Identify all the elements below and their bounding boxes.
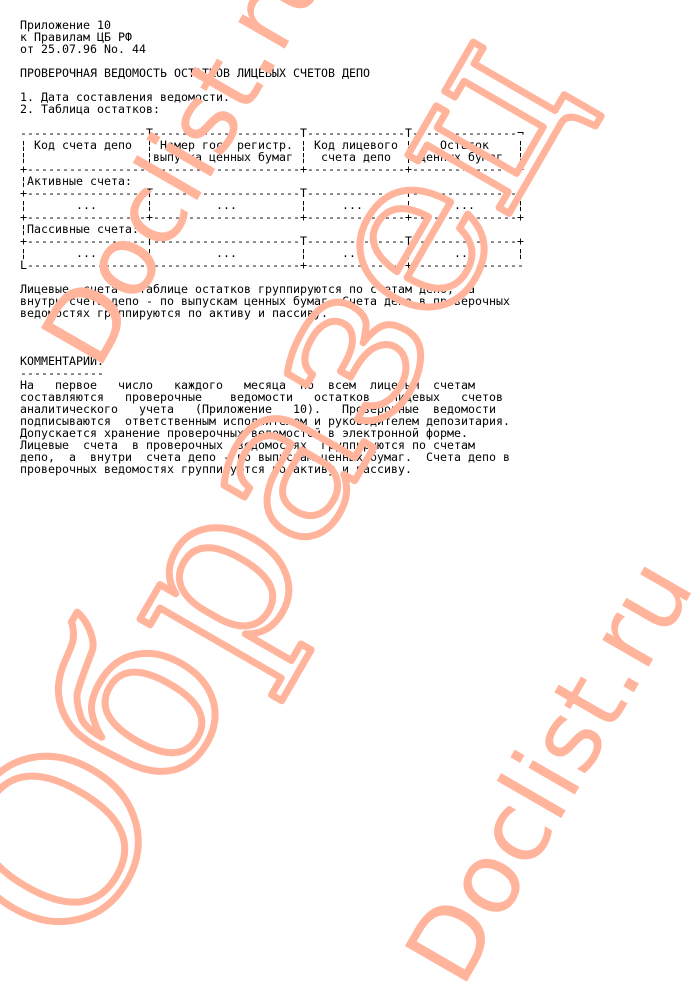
header-line-3: от 25.07.96 No. 44 [20, 43, 700, 55]
watermark-site-bottom: Doclist.ru [384, 541, 700, 1000]
comment-line-8: проверочных ведомостях группируются по а… [20, 463, 700, 475]
document-page: Приложение 10к Правилам ЦБ РФот 25.07.96… [20, 19, 700, 475]
comments-heading: КОММЕНТАРИИ: [20, 355, 700, 367]
document-body: Приложение 10к Правилам ЦБ РФот 25.07.96… [20, 19, 700, 475]
balances-table: ------------------T---------------------… [20, 127, 700, 271]
spacer [20, 319, 700, 355]
list-item-2: 2. Таблица остатков: [20, 103, 700, 115]
svg-text:Doclist.ru: Doclist.ru [384, 541, 700, 1000]
document-title: ПРОВЕРОЧНАЯ ВЕДОМОСТЬ ОСТАТКОВ ЛИЦЕВЫХ С… [20, 67, 700, 79]
note-line-3: ведомостях группируются по активу и пасс… [20, 307, 700, 319]
